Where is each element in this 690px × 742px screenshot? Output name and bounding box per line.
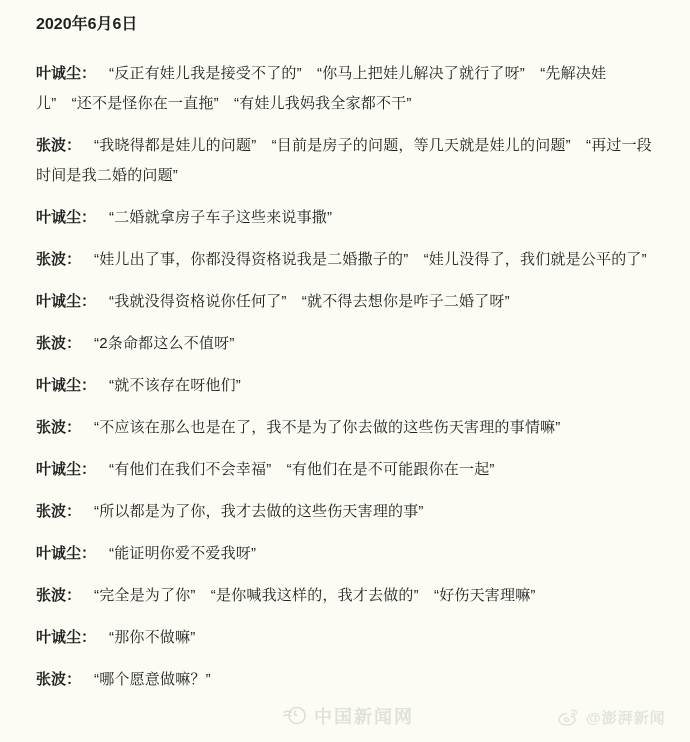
- message-text: “那你不做嘛”: [109, 629, 195, 646]
- speaker-name: 张波：: [36, 503, 81, 520]
- message-text: “不应该在那么也是在了，我不是为了你去做的这些伤天害理的事情嘛”: [94, 419, 560, 436]
- message-row: 张波：“所以都是为了你，我才去做的这些伤天害理的事”: [36, 497, 656, 527]
- message-row: 叶诚尘：“二婚就拿房子车子这些来说事撒”: [36, 203, 656, 233]
- speaker-name: 张波：: [36, 587, 81, 604]
- message-text: “完全是为了你” “是你喊我这样的，我才去做的” “好伤天害理嘛”: [94, 587, 536, 604]
- speaker-name: 张波：: [36, 671, 81, 688]
- message-row: 叶诚尘：“我就没得资格说你任何了” “就不得去想你是咋子二婚了呀”: [36, 287, 656, 317]
- message-row: 叶诚尘：“有他们在我们不会幸福” “有他们在是不可能跟你在一起”: [36, 455, 656, 485]
- message-text: “我晓得都是娃儿的问题” “目前是房子的问题，等几天就是娃儿的问题” “再过一段…: [36, 137, 652, 184]
- weibo-watermark-label: @澎湃新闻: [586, 707, 666, 728]
- weibo-watermark: @澎湃新闻: [556, 705, 666, 729]
- message-row: 张波：“娃儿出了事，你都没得资格说我是二婚撒子的” “娃儿没得了，我们就是公平的…: [36, 245, 656, 275]
- message-text: “2条命都这么不值呀”: [94, 335, 235, 352]
- message-row: 张波：“哪个愿意做嘛？”: [36, 665, 656, 695]
- speaker-name: 叶诚尘：: [36, 293, 96, 310]
- message-row: 叶诚尘：“就不该存在呀他们”: [36, 371, 656, 401]
- message-row: 张波：“我晓得都是娃儿的问题” “目前是房子的问题，等几天就是娃儿的问题” “再…: [36, 131, 656, 191]
- message-text: “有他们在我们不会幸福” “有他们在是不可能跟你在一起”: [109, 461, 495, 478]
- news-screenshot-page: 2020年6月6日 叶诚尘：“反正有娃儿我是接受不了的” “你马上把娃儿解决了就…: [0, 0, 690, 742]
- speaker-name: 张波：: [36, 419, 81, 436]
- speaker-name: 叶诚尘：: [36, 377, 96, 394]
- message-row: 张波：“不应该在那么也是在了，我不是为了你去做的这些伤天害理的事情嘛”: [36, 413, 656, 443]
- date-heading: 2020年6月6日: [36, 12, 656, 38]
- message-text: “反正有娃儿我是接受不了的” “你马上把娃儿解决了就行了呀” “先解决娃儿” “…: [36, 65, 606, 112]
- weibo-icon: [556, 705, 580, 729]
- speaker-name: 叶诚尘：: [36, 629, 96, 646]
- message-text: “哪个愿意做嘛？”: [94, 671, 211, 688]
- speaker-name: 叶诚尘：: [36, 65, 96, 82]
- message-row: 叶诚尘：“能证明你爱不爱我呀”: [36, 539, 656, 569]
- chinanews-watermark: 中国新闻网: [281, 702, 414, 729]
- speaker-name: 张波：: [36, 137, 81, 154]
- speaker-name: 叶诚尘：: [36, 209, 96, 226]
- message-text: “二婚就拿房子车子这些来说事撒”: [109, 209, 332, 226]
- chinanews-watermark-label: 中国新闻网: [314, 703, 414, 729]
- chinanews-logo-icon: [281, 702, 308, 729]
- message-row: 叶诚尘：“反正有娃儿我是接受不了的” “你马上把娃儿解决了就行了呀” “先解决娃…: [36, 59, 656, 119]
- message-row: 张波：“2条命都这么不值呀”: [36, 329, 656, 359]
- message-row: 张波：“完全是为了你” “是你喊我这样的，我才去做的” “好伤天害理嘛”: [36, 581, 656, 611]
- message-text: “能证明你爱不爱我呀”: [109, 545, 256, 562]
- speaker-name: 叶诚尘：: [36, 545, 96, 562]
- message-row: 叶诚尘：“那你不做嘛”: [36, 623, 656, 653]
- chat-transcript: 叶诚尘：“反正有娃儿我是接受不了的” “你马上把娃儿解决了就行了呀” “先解决娃…: [36, 59, 656, 695]
- speaker-name: 张波：: [36, 251, 81, 268]
- message-text: “我就没得资格说你任何了” “就不得去想你是咋子二婚了呀”: [109, 293, 510, 310]
- message-text: “所以都是为了你，我才去做的这些伤天害理的事”: [94, 503, 424, 520]
- message-text: “就不该存在呀他们”: [109, 377, 241, 394]
- message-text: “娃儿出了事，你都没得资格说我是二婚撒子的” “娃儿没得了，我们就是公平的了”: [94, 251, 647, 268]
- speaker-name: 张波：: [36, 335, 81, 352]
- speaker-name: 叶诚尘：: [36, 461, 96, 478]
